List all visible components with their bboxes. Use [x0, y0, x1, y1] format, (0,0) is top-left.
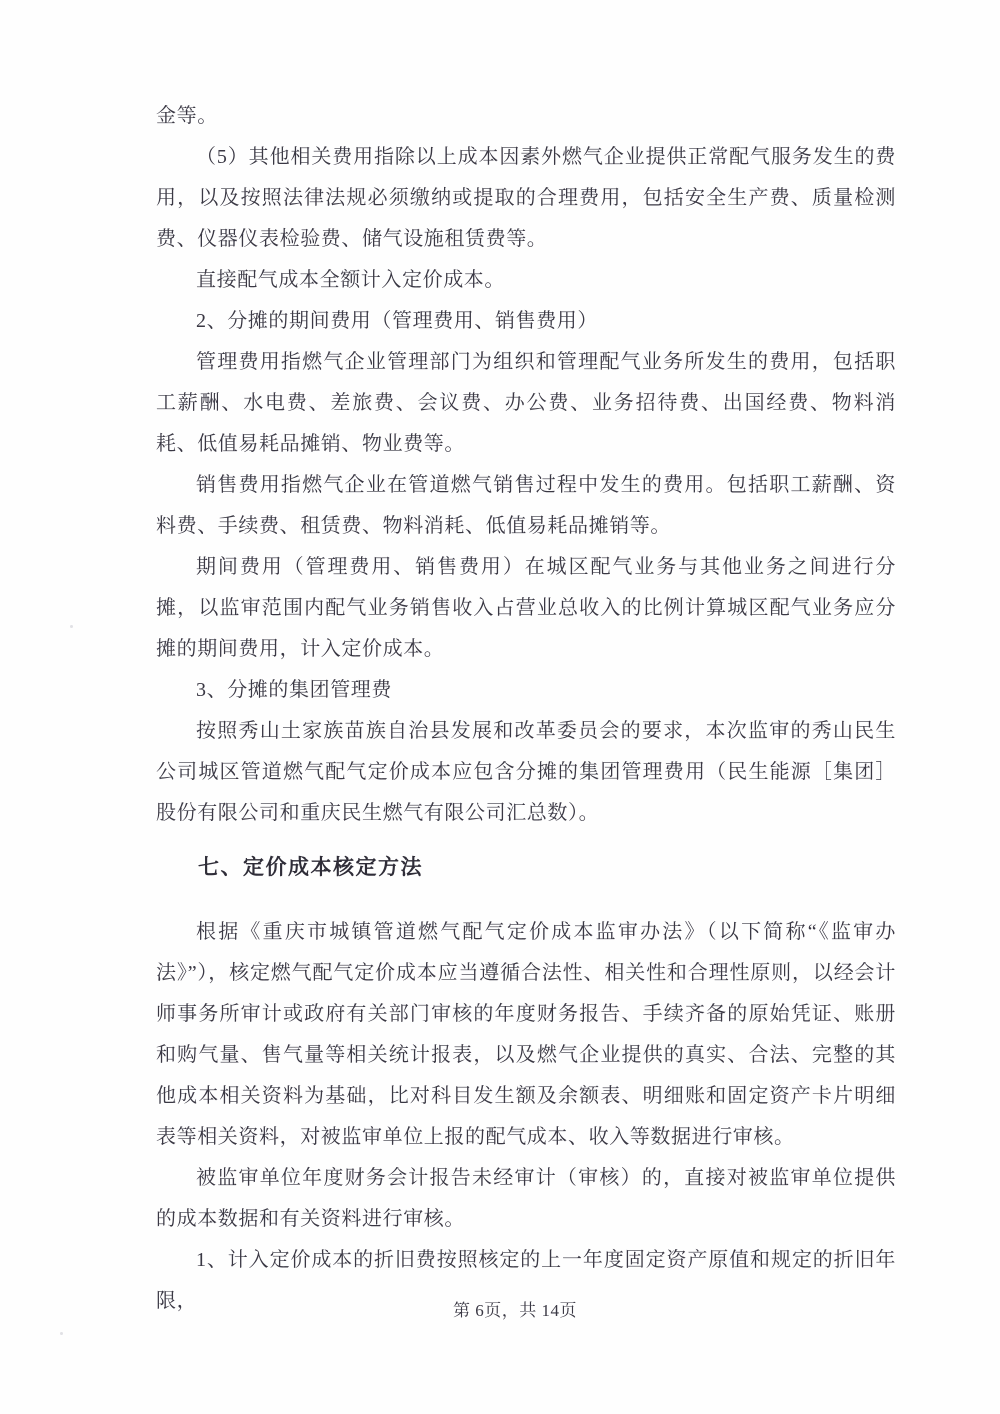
section-heading: 七、定价成本核定方法 — [156, 847, 896, 888]
paragraph: 被监审单位年度财务会计报告未经审计（审核）的，直接对被监审单位提供的成本数据和有… — [156, 1158, 896, 1240]
paragraph: 按照秀山土家族苗族自治县发展和改革委员会的要求，本次监审的秀山民生公司城区管道燃… — [156, 711, 896, 834]
paragraph: 直接配气成本全额计入定价成本。 — [156, 260, 896, 301]
document-page: 金等。 （5）其他相关费用指除以上成本因素外燃气企业提供正常配气服务发生的费用，… — [0, 0, 1000, 1414]
scan-speck — [70, 625, 73, 628]
paragraph: 管理费用指燃气企业管理部门为组织和管理配气业务所发生的费用，包括职工薪酬、水电费… — [156, 342, 896, 465]
paragraph: 金等。 — [156, 96, 896, 137]
list-item-3: 3、分摊的集团管理费 — [156, 670, 896, 711]
scan-speck — [60, 1332, 63, 1335]
paragraph: 销售费用指燃气企业在管道燃气销售过程中发生的费用。包括职工薪酬、资料费、手续费、… — [156, 465, 896, 547]
document-body: 金等。 （5）其他相关费用指除以上成本因素外燃气企业提供正常配气服务发生的费用，… — [156, 96, 896, 1322]
paragraph: 期间费用（管理费用、销售费用）在城区配气业务与其他业务之间进行分摊，以监审范围内… — [156, 547, 896, 670]
paragraph: （5）其他相关费用指除以上成本因素外燃气企业提供正常配气服务发生的费用，以及按照… — [156, 137, 896, 260]
list-item-2: 2、分摊的期间费用（管理费用、销售费用） — [156, 301, 896, 342]
page-number-footer: 第 6页，共 14页 — [0, 1296, 1000, 1321]
paragraph: 根据《重庆市城镇管道燃气配气定价成本监审办法》（以下简称“《监审办法》”），核定… — [156, 912, 896, 1158]
